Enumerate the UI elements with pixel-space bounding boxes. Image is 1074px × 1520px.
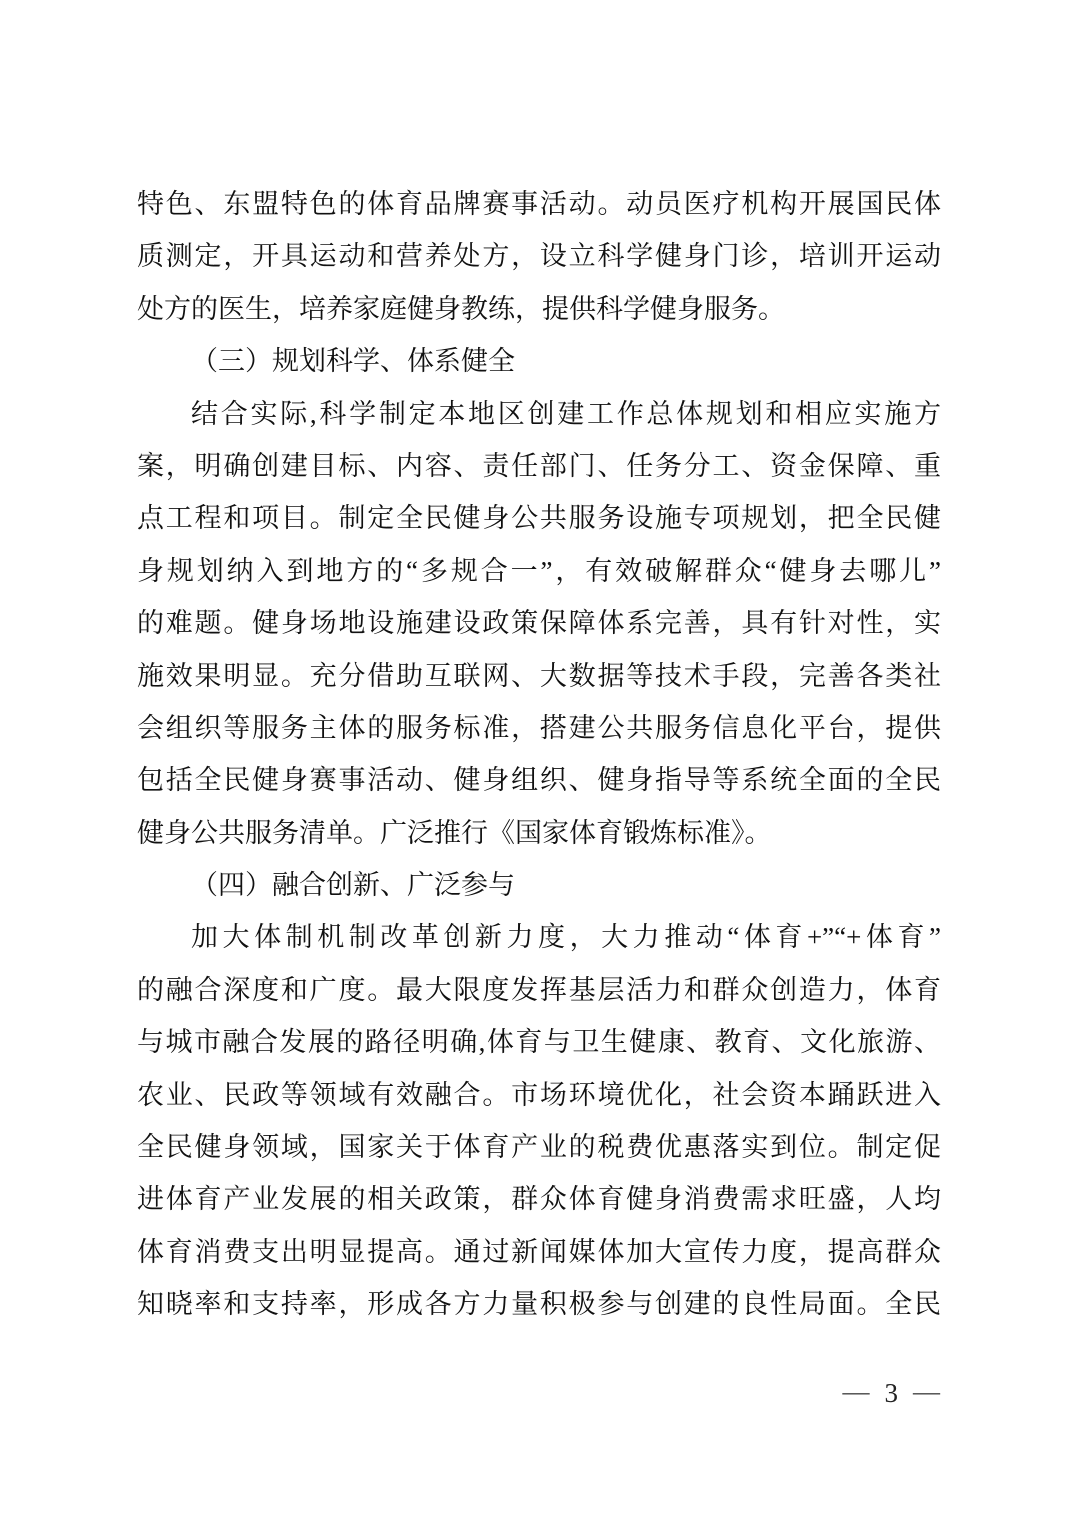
body-line-15: 加大体制机制改革创新力度，大力推动“体育+”“+体育” (137, 911, 941, 963)
body-line-3: 处方的医生，培养家庭健身教练，提供科学健身服务。 (137, 283, 941, 335)
body-line-2: 质测定，开具运动和营养处方，设立科学健身门诊，培训开运动 (137, 230, 941, 282)
body-line-13: 健身公共服务清单。广泛推行《国家体育锻炼标准》。 (137, 807, 941, 859)
body-line-11: 会组织等服务主体的服务标准，搭建公共服务信息化平台，提供 (137, 702, 941, 754)
footer-left-dash: — (843, 1376, 870, 1407)
body-line-22: 知晓率和支持率，形成各方力量积极参与创建的良性局面。全民 (137, 1278, 941, 1330)
document-page: 特色、东盟特色的体育品牌赛事活动。动员医疗机构开展国民体 质测定，开具运动和营养… (0, 0, 1074, 1520)
body-line-9: 的难题。健身场地设施建设政策保障体系完善，具有针对性，实 (137, 597, 941, 649)
section-heading-3: （三）规划科学、体系健全 (137, 335, 941, 387)
body-line-20: 进体育产业发展的相关政策，群众体育健身消费需求旺盛，人均 (137, 1173, 941, 1225)
body-line-7: 点工程和项目。制定全民健身公共服务设施专项规划，把全民健 (137, 492, 941, 544)
body-line-16: 的融合深度和广度。最大限度发挥基层活力和群众创造力，体育 (137, 964, 941, 1016)
body-line-12: 包括全民健身赛事活动、健身组织、健身指导等系统全面的全民 (137, 754, 941, 806)
section-heading-4: （四）融合创新、广泛参与 (137, 859, 941, 911)
body-line-8: 身规划纳入到地方的“多规合一”，有效破解群众“健身去哪儿” (137, 545, 941, 597)
page-footer: — 3 — (843, 1378, 941, 1409)
page-number: 3 (885, 1378, 899, 1409)
body-line-21: 体育消费支出明显提高。通过新闻媒体加大宣传力度，提高群众 (137, 1226, 941, 1278)
document-body: 特色、东盟特色的体育品牌赛事活动。动员医疗机构开展国民体 质测定，开具运动和营养… (137, 178, 941, 1331)
body-line-17: 与城市融合发展的路径明确,体育与卫生健康、教育、文化旅游、 (137, 1016, 941, 1068)
footer-right-dash: — (913, 1376, 940, 1407)
body-line-19: 全民健身领域，国家关于体育产业的税费优惠落实到位。制定促 (137, 1121, 941, 1173)
body-line-18: 农业、民政等领域有效融合。市场环境优化，社会资本踊跃进入 (137, 1069, 941, 1121)
body-line-1: 特色、东盟特色的体育品牌赛事活动。动员医疗机构开展国民体 (137, 178, 941, 230)
body-line-10: 施效果明显。充分借助互联网、大数据等技术手段，完善各类社 (137, 650, 941, 702)
body-line-5: 结合实际,科学制定本地区创建工作总体规划和相应实施方 (137, 388, 941, 440)
body-line-6: 案，明确创建目标、内容、责任部门、任务分工、资金保障、重 (137, 440, 941, 492)
